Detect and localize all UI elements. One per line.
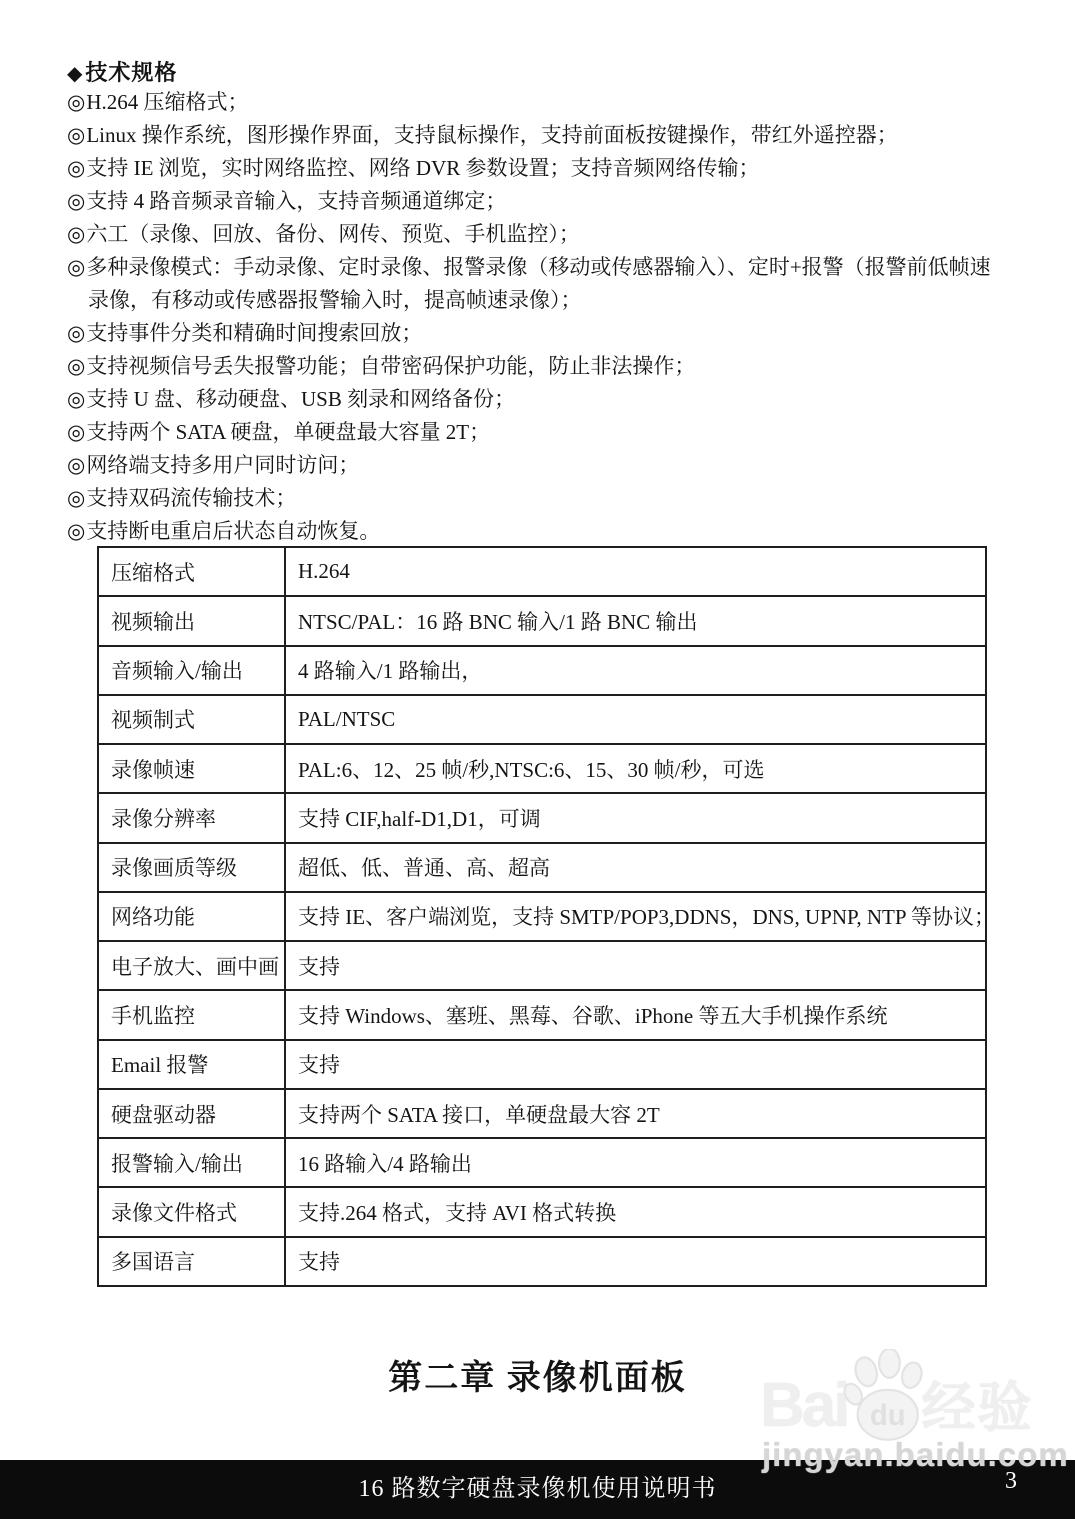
spec-row: 录像分辨率支持 CIF,half-D1,D1，可调 [98, 793, 986, 842]
feature-text: 六工（录像、回放、备份、网传、预览、手机监控）； [86, 222, 580, 246]
spec-value-cell: 支持 [285, 941, 986, 990]
spec-value-cell: 支持 [285, 1237, 986, 1286]
circle-bullet-icon: ◎ [67, 222, 85, 246]
feature-item: ◎多种录像模式：手动录像、定时录像、报警录像（移动或传感器输入）、定时+报警（报… [67, 251, 995, 317]
feature-text: 支持 4 路音频录音输入，支持音频通道绑定； [86, 189, 506, 213]
feature-item: ◎支持断电重启后状态自动恢复。 [67, 515, 995, 548]
spec-value-cell: PAL:6、12、25 帧/秒,NTSC:6、15、30 帧/秒，可选 [285, 744, 986, 793]
section-title-text: 技术规格 [85, 60, 177, 85]
feature-text: 支持双码流传输技术； [86, 486, 296, 510]
feature-item: ◎支持 U 盘、移动硬盘、USB 刻录和网络备份； [67, 383, 995, 416]
spec-label-cell: 网络功能 [98, 892, 285, 941]
spec-value-cell: 支持 IE、客户端浏览，支持 SMTP/POP3,DDNS，DNS, UPNP,… [285, 892, 986, 941]
feature-text: 支持视频信号丢失报警功能；自带密码保护功能，防止非法操作； [86, 354, 695, 378]
spec-row: 硬盘驱动器支持两个 SATA 接口，单硬盘最大容 2T [98, 1089, 986, 1138]
spec-label-cell: 视频输出 [98, 596, 285, 645]
spec-value-cell: 支持 Windows、塞班、黑莓、谷歌、iPhone 等五大手机操作系统 [285, 990, 986, 1039]
spec-label-cell: 录像分辨率 [98, 793, 285, 842]
spec-row: 录像文件格式支持.264 格式，支持 AVI 格式转换 [98, 1187, 986, 1236]
baidu-logo-du-text: du [870, 1400, 906, 1432]
spec-label-cell: 视频制式 [98, 695, 285, 744]
spec-row: 录像画质等级超低、低、普通、高、超高 [98, 843, 986, 892]
circle-bullet-icon: ◎ [67, 453, 85, 477]
feature-item: ◎支持视频信号丢失报警功能；自带密码保护功能，防止非法操作； [67, 350, 995, 383]
circle-bullet-icon: ◎ [67, 156, 85, 180]
spec-label-cell: 硬盘驱动器 [98, 1089, 285, 1138]
spec-label-cell: 手机监控 [98, 990, 285, 1039]
spec-row: Email 报警支持 [98, 1040, 986, 1089]
spec-row: 手机监控支持 Windows、塞班、黑莓、谷歌、iPhone 等五大手机操作系统 [98, 990, 986, 1039]
feature-text: Linux 操作系统，图形操作界面，支持鼠标操作，支持前面板按键操作，带红外遥控… [86, 123, 897, 147]
spec-row: 电子放大、画中画支持 [98, 941, 986, 990]
feature-item: ◎支持两个 SATA 硬盘，单硬盘最大容量 2T； [67, 416, 995, 449]
spec-label-cell: 录像文件格式 [98, 1187, 285, 1236]
spec-table: 压缩格式H.264 视频输出NTSC/PAL：16 路 BNC 输入/1 路 B… [97, 546, 987, 1287]
feature-text: 支持 IE 浏览，实时网络监控、网络 DVR 参数设置；支持音频网络传输； [86, 156, 759, 180]
feature-item: ◎H.264 压缩格式； [67, 86, 995, 119]
spec-row: 报警输入/输出16 路输入/4 路输出 [98, 1138, 986, 1187]
page-number: 3 [1005, 1468, 1017, 1495]
circle-bullet-icon: ◎ [67, 486, 85, 510]
spec-row: 音频输入/输出4 路输入/1 路输出， [98, 646, 986, 695]
circle-bullet-icon: ◎ [67, 123, 85, 147]
feature-item: ◎支持 IE 浏览，实时网络监控、网络 DVR 参数设置；支持音频网络传输； [67, 152, 995, 185]
spec-label-cell: 录像帧速 [98, 744, 285, 793]
footer-title: 16 路数字硬盘录像机使用说明书 [0, 1460, 1075, 1519]
feature-text: 支持 U 盘、移动硬盘、USB 刻录和网络备份； [86, 387, 515, 411]
feature-text: 网络端支持多用户同时访问； [86, 453, 359, 477]
feature-item: ◎支持 4 路音频录音输入，支持音频通道绑定； [67, 185, 995, 218]
chapter-title: 第二章 录像机面板 [0, 1350, 1075, 1399]
spec-label-cell: 录像画质等级 [98, 843, 285, 892]
spec-label-cell: 电子放大、画中画 [98, 941, 285, 990]
spec-row: 录像帧速PAL:6、12、25 帧/秒,NTSC:6、15、30 帧/秒，可选 [98, 744, 986, 793]
spec-row: 多国语言支持 [98, 1237, 986, 1286]
feature-item: ◎支持双码流传输技术； [67, 482, 995, 515]
spec-value-cell: PAL/NTSC [285, 695, 986, 744]
feature-text: 支持事件分类和精确时间搜索回放； [86, 321, 422, 345]
spec-value-cell: H.264 [285, 547, 986, 596]
spec-value-cell: 超低、低、普通、高、超高 [285, 843, 986, 892]
spec-value-cell: 4 路输入/1 路输出， [285, 646, 986, 695]
feature-text: 支持断电重启后状态自动恢复。 [86, 519, 380, 543]
circle-bullet-icon: ◎ [67, 255, 85, 279]
circle-bullet-icon: ◎ [67, 90, 85, 114]
spec-label-cell: 音频输入/输出 [98, 646, 285, 695]
feature-text: H.264 压缩格式； [86, 90, 248, 114]
feature-item: ◎Linux 操作系统，图形操作界面，支持鼠标操作，支持前面板按键操作，带红外遥… [67, 119, 995, 152]
feature-list: ◎H.264 压缩格式； ◎Linux 操作系统，图形操作界面，支持鼠标操作，支… [67, 86, 995, 548]
spec-value-cell: NTSC/PAL：16 路 BNC 输入/1 路 BNC 输出 [285, 596, 986, 645]
circle-bullet-icon: ◎ [67, 321, 85, 345]
feature-item: ◎网络端支持多用户同时访问； [67, 449, 995, 482]
spec-value-cell: 支持两个 SATA 接口，单硬盘最大容 2T [285, 1089, 986, 1138]
spec-label-cell: 压缩格式 [98, 547, 285, 596]
spec-value-cell: 16 路输入/4 路输出 [285, 1138, 986, 1187]
feature-text: 支持两个 SATA 硬盘，单硬盘最大容量 2T； [86, 420, 490, 444]
spec-label-cell: Email 报警 [98, 1040, 285, 1089]
section-title: ◆技术规格 [67, 56, 177, 87]
spec-row: 网络功能支持 IE、客户端浏览，支持 SMTP/POP3,DDNS，DNS, U… [98, 892, 986, 941]
feature-item: ◎支持事件分类和精确时间搜索回放； [67, 317, 995, 350]
feature-item: ◎六工（录像、回放、备份、网传、预览、手机监控）； [67, 218, 995, 251]
circle-bullet-icon: ◎ [67, 189, 85, 213]
circle-bullet-icon: ◎ [67, 420, 85, 444]
feature-text: 多种录像模式：手动录像、定时录像、报警录像（移动或传感器输入）、定时+报警（报警… [86, 255, 990, 312]
circle-bullet-icon: ◎ [67, 519, 85, 543]
spec-value-cell: 支持 CIF,half-D1,D1，可调 [285, 793, 986, 842]
spec-row: 视频制式PAL/NTSC [98, 695, 986, 744]
spec-row: 视频输出NTSC/PAL：16 路 BNC 输入/1 路 BNC 输出 [98, 596, 986, 645]
circle-bullet-icon: ◎ [67, 354, 85, 378]
footer-bar: 16 路数字硬盘录像机使用说明书 3 [0, 1460, 1075, 1519]
spec-label-cell: 报警输入/输出 [98, 1138, 285, 1187]
spec-label-cell: 多国语言 [98, 1237, 285, 1286]
spec-value-cell: 支持.264 格式，支持 AVI 格式转换 [285, 1187, 986, 1236]
spec-row: 压缩格式H.264 [98, 547, 986, 596]
diamond-bullet-icon: ◆ [67, 63, 83, 85]
spec-value-cell: 支持 [285, 1040, 986, 1089]
circle-bullet-icon: ◎ [67, 387, 85, 411]
